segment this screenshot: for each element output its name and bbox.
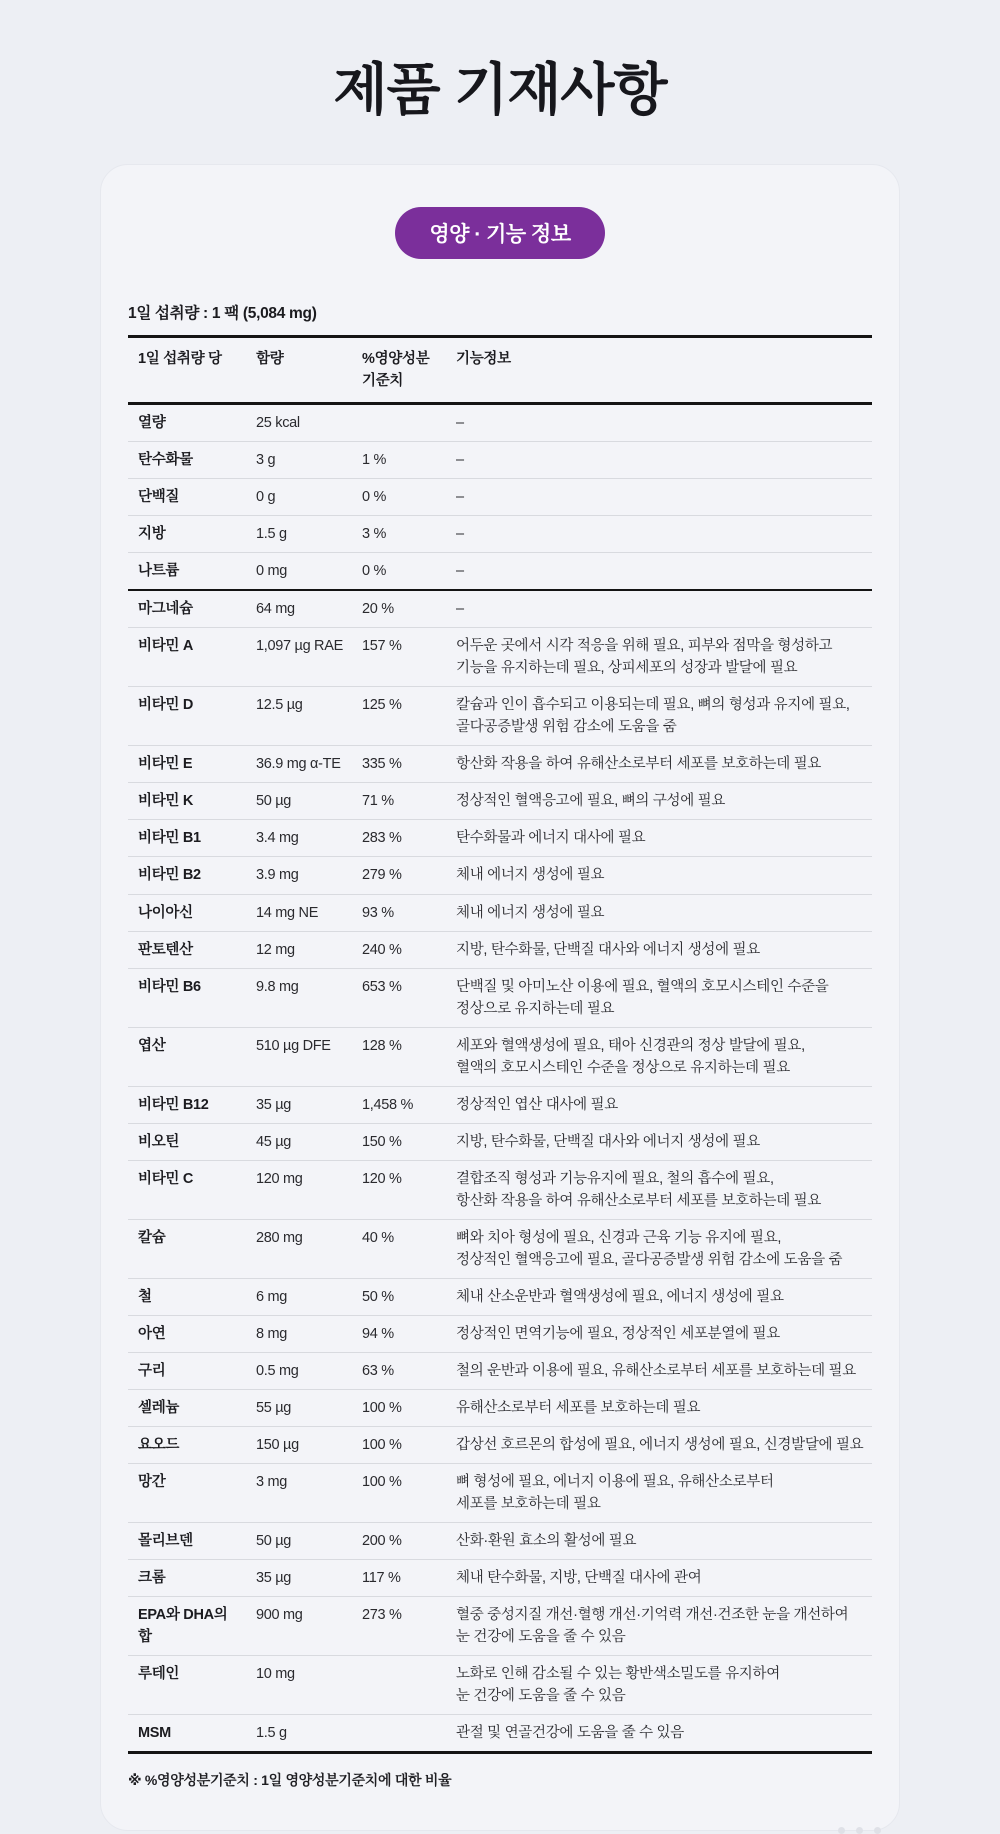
nutrient-name-cell: 구리 (128, 1353, 246, 1389)
function-info-cell: 칼슘과 인이 흡수되고 이용되는데 필요, 뼈의 형성과 유지에 필요, 골다공… (446, 687, 872, 745)
nutrition-info-card: 영양 · 기능 정보 1일 섭취량 : 1 팩 (5,084 mg) 1일 섭취… (100, 164, 900, 1831)
percent-dv-cell: 100 % (352, 1464, 446, 1500)
function-info-cell: 정상적인 혈액응고에 필요, 뼈의 구성에 필요 (446, 783, 872, 819)
nutrient-name-cell: 크롬 (128, 1560, 246, 1596)
table-row: 철6 mg50 %체내 산소운반과 혈액생성에 필요, 에너지 생성에 필요 (128, 1279, 872, 1316)
table-row: 구리0.5 mg63 %철의 운반과 이용에 필요, 유해산소로부터 세포를 보… (128, 1353, 872, 1390)
table-header-row: 1일 섭취량 당 함량 %영양성분 기준치 기능정보 (128, 338, 872, 405)
nutrient-name-cell: 비타민 B2 (128, 857, 246, 893)
amount-cell: 45 µg (246, 1124, 352, 1160)
nutrient-name-cell: 지방 (128, 516, 246, 552)
function-info-cell: 뼈 형성에 필요, 에너지 이용에 필요, 유해산소로부터 세포를 보호하는데 … (446, 1464, 872, 1522)
function-info-cell: 갑상선 호르몬의 합성에 필요, 에너지 생성에 필요, 신경발달에 필요 (446, 1427, 872, 1463)
function-info-cell: 어두운 곳에서 시각 적응을 위해 필요, 피부와 점막을 형성하고 기능을 유… (446, 628, 872, 686)
table-row: 요오드150 µg100 %갑상선 호르몬의 합성에 필요, 에너지 생성에 필… (128, 1427, 872, 1464)
nutrient-name-cell: 비타민 B1 (128, 820, 246, 856)
table-row: 엽산510 µg DFE128 %세포와 혈액생성에 필요, 태아 신경관의 정… (128, 1028, 872, 1087)
function-info-cell: – (446, 405, 872, 441)
amount-cell: 900 mg (246, 1597, 352, 1633)
function-info-cell: 체내 에너지 생성에 필요 (446, 857, 872, 893)
amount-cell: 9.8 mg (246, 969, 352, 1005)
nutrient-name-cell: 단백질 (128, 479, 246, 515)
table-row: 루테인10 mg노화로 인해 감소될 수 있는 황반색소밀도를 유지하여 눈 건… (128, 1656, 872, 1715)
nutrient-name-cell: 철 (128, 1279, 246, 1315)
table-row: 지방1.5 g3 %– (128, 516, 872, 553)
function-info-cell: 유해산소로부터 세포를 보호하는데 필요 (446, 1390, 872, 1426)
function-info-cell: – (446, 442, 872, 478)
amount-cell: 0.5 mg (246, 1353, 352, 1389)
table-row: 비타민 A1,097 µg RAE157 %어두운 곳에서 시각 적응을 위해 … (128, 628, 872, 687)
table-row: 칼슘280 mg40 %뼈와 치아 형성에 필요, 신경과 근육 기능 유지에 … (128, 1220, 872, 1279)
amount-cell: 3.9 mg (246, 857, 352, 893)
amount-cell: 3.4 mg (246, 820, 352, 856)
percent-dv-cell: 279 % (352, 857, 446, 893)
percent-dv-cell: 120 % (352, 1161, 446, 1197)
percent-dv-cell: 240 % (352, 932, 446, 968)
percent-dv-cell: 200 % (352, 1523, 446, 1559)
function-info-cell: – (446, 553, 872, 589)
amount-cell: 35 µg (246, 1087, 352, 1123)
amount-cell: 36.9 mg α-TE (246, 746, 352, 782)
nutrient-name-cell: 비타민 B6 (128, 969, 246, 1005)
function-info-cell: 정상적인 엽산 대사에 필요 (446, 1087, 872, 1123)
nutrient-name-cell: 루테인 (128, 1656, 246, 1692)
function-info-cell: 탄수화물과 에너지 대사에 필요 (446, 820, 872, 856)
header-per-intake: 1일 섭취량 당 (128, 338, 246, 380)
amount-cell: 510 µg DFE (246, 1028, 352, 1064)
percent-dv-cell: 125 % (352, 687, 446, 723)
amount-cell: 35 µg (246, 1560, 352, 1596)
table-row: 비타민 B69.8 mg653 %단백질 및 아미노산 이용에 필요, 혈액의 … (128, 969, 872, 1028)
percent-dv-cell: 50 % (352, 1279, 446, 1315)
percent-dv-cell: 283 % (352, 820, 446, 856)
amount-cell: 50 µg (246, 783, 352, 819)
table-row: 몰리브덴50 µg200 %산화·환원 효소의 활성에 필요 (128, 1523, 872, 1560)
amount-cell: 1,097 µg RAE (246, 628, 352, 664)
table-row: 탄수화물3 g1 %– (128, 442, 872, 479)
nutrient-name-cell: 판토텐산 (128, 932, 246, 968)
amount-cell: 280 mg (246, 1220, 352, 1256)
nutrient-name-cell: 비타민 B12 (128, 1087, 246, 1123)
function-info-cell: 관절 및 연골건강에 도움을 줄 수 있음 (446, 1715, 872, 1751)
nutrient-name-cell: 비오틴 (128, 1124, 246, 1160)
amount-cell: 150 µg (246, 1427, 352, 1463)
table-row: 판토텐산12 mg240 %지방, 탄수화물, 단백질 대사와 에너지 생성에 … (128, 932, 872, 969)
percent-dv-cell (352, 1656, 446, 1670)
function-info-cell: 항산화 작용을 하여 유해산소로부터 세포를 보호하는데 필요 (446, 746, 872, 782)
table-row: EPA와 DHA의 합900 mg273 %혈중 중성지질 개선·혈행 개선·기… (128, 1597, 872, 1656)
percent-dv-cell: 128 % (352, 1028, 446, 1064)
amount-cell: 25 kcal (246, 405, 352, 441)
percent-dv-cell: 157 % (352, 628, 446, 664)
table-row: 비타민 D12.5 µg125 %칼슘과 인이 흡수되고 이용되는데 필요, 뼈… (128, 687, 872, 746)
function-info-cell: 정상적인 면역기능에 필요, 정상적인 세포분열에 필요 (446, 1316, 872, 1352)
percent-dv-cell: 1,458 % (352, 1087, 446, 1123)
table-row: 비타민 B23.9 mg279 %체내 에너지 생성에 필요 (128, 857, 872, 894)
function-info-cell: 세포와 혈액생성에 필요, 태아 신경관의 정상 발달에 필요, 혈액의 호모시… (446, 1028, 872, 1086)
function-info-cell: 혈중 중성지질 개선·혈행 개선·기억력 개선·건조한 눈을 개선하여 눈 건강… (446, 1597, 872, 1655)
header-amount: 함량 (246, 338, 352, 380)
nutrient-name-cell: 아연 (128, 1316, 246, 1352)
nutrient-name-cell: 칼슘 (128, 1220, 246, 1256)
table-row: 비타민 C120 mg120 %결합조직 형성과 기능유지에 필요, 철의 흡수… (128, 1161, 872, 1220)
nutrient-name-cell: 요오드 (128, 1427, 246, 1463)
nutrient-name-cell: 몰리브덴 (128, 1523, 246, 1559)
nutrient-name-cell: 망간 (128, 1464, 246, 1500)
percent-dv-cell: 273 % (352, 1597, 446, 1633)
percent-dv-cell: 100 % (352, 1390, 446, 1426)
table-row: 크롬35 µg117 %체내 탄수화물, 지방, 단백질 대사에 관여 (128, 1560, 872, 1597)
percent-dv-cell: 0 % (352, 553, 446, 589)
table-row: MSM1.5 g관절 및 연골건강에 도움을 줄 수 있음 (128, 1715, 872, 1751)
table-row: 나이아신14 mg NE93 %체내 에너지 생성에 필요 (128, 895, 872, 932)
function-info-cell: 체내 에너지 생성에 필요 (446, 895, 872, 931)
percent-dv-cell: 1 % (352, 442, 446, 478)
function-info-cell: 체내 탄수화물, 지방, 단백질 대사에 관여 (446, 1560, 872, 1596)
function-info-cell: 체내 산소운반과 혈액생성에 필요, 에너지 생성에 필요 (446, 1279, 872, 1315)
function-info-cell: – (446, 516, 872, 552)
nutrient-name-cell: 탄수화물 (128, 442, 246, 478)
table-row: 마그네슘64 mg20 %– (128, 591, 872, 628)
nutrient-name-cell: 나이아신 (128, 895, 246, 931)
nutrition-table: 1일 섭취량 당 함량 %영양성분 기준치 기능정보 열량25 kcal–탄수화… (128, 335, 872, 1754)
function-info-cell: 산화·환원 효소의 활성에 필요 (446, 1523, 872, 1559)
amount-cell: 3 g (246, 442, 352, 478)
nutrient-name-cell: 엽산 (128, 1028, 246, 1064)
header-function-info: 기능정보 (446, 338, 872, 380)
daily-intake-line: 1일 섭취량 : 1 팩 (5,084 mg) (128, 301, 872, 323)
table-row: 비타민 B1235 µg1,458 %정상적인 엽산 대사에 필요 (128, 1087, 872, 1124)
percent-dv-cell (352, 1715, 446, 1729)
amount-cell: 1.5 g (246, 1715, 352, 1751)
amount-cell: 12 mg (246, 932, 352, 968)
amount-cell: 1.5 g (246, 516, 352, 552)
function-info-cell: 노화로 인해 감소될 수 있는 황반색소밀도를 유지하여 눈 건강에 도움을 줄… (446, 1656, 872, 1714)
header-percent-dv: %영양성분 기준치 (352, 338, 446, 402)
nutrient-name-cell: 나트륨 (128, 553, 246, 589)
nutrient-name-cell: 비타민 A (128, 628, 246, 664)
nutrient-name-cell: 비타민 D (128, 687, 246, 723)
function-info-cell: 지방, 탄수화물, 단백질 대사와 에너지 생성에 필요 (446, 932, 872, 968)
percent-dv-cell: 100 % (352, 1427, 446, 1463)
nutrient-name-cell: 비타민 C (128, 1161, 246, 1197)
percent-dv-cell: 335 % (352, 746, 446, 782)
table-row: 비오틴45 µg150 %지방, 탄수화물, 단백질 대사와 에너지 생성에 필… (128, 1124, 872, 1161)
percent-dv-cell: 150 % (352, 1124, 446, 1160)
percent-dv-cell: 71 % (352, 783, 446, 819)
function-info-cell: 철의 운반과 이용에 필요, 유해산소로부터 세포를 보호하는데 필요 (446, 1353, 872, 1389)
function-info-cell: 결합조직 형성과 기능유지에 필요, 철의 흡수에 필요, 항산화 작용을 하여… (446, 1161, 872, 1219)
function-info-cell: 단백질 및 아미노산 이용에 필요, 혈액의 호모시스테인 수준을 정상으로 유… (446, 969, 872, 1027)
function-info-cell: 뼈와 치아 형성에 필요, 신경과 근육 기능 유지에 필요, 정상적인 혈액응… (446, 1220, 872, 1278)
amount-cell: 50 µg (246, 1523, 352, 1559)
percent-dv-cell: 40 % (352, 1220, 446, 1256)
page-title: 제품 기재사항 (0, 0, 1000, 126)
amount-cell: 0 mg (246, 553, 352, 589)
table-row: 비타민 B13.4 mg283 %탄수화물과 에너지 대사에 필요 (128, 820, 872, 857)
nutrient-name-cell: 비타민 E (128, 746, 246, 782)
nutrient-name-cell: EPA와 DHA의 합 (128, 1597, 246, 1655)
amount-cell: 8 mg (246, 1316, 352, 1352)
amount-cell: 14 mg NE (246, 895, 352, 931)
percent-dv-cell: 20 % (352, 591, 446, 627)
amount-cell: 3 mg (246, 1464, 352, 1500)
table-row: 단백질0 g0 %– (128, 479, 872, 516)
nutrient-name-cell: 열량 (128, 405, 246, 441)
percent-dv-cell: 63 % (352, 1353, 446, 1389)
nutrient-name-cell: MSM (128, 1715, 246, 1751)
amount-cell: 120 mg (246, 1161, 352, 1197)
percent-dv-cell (352, 405, 446, 419)
amount-cell: 55 µg (246, 1390, 352, 1426)
table-row: 비타민 K50 µg71 %정상적인 혈액응고에 필요, 뼈의 구성에 필요 (128, 783, 872, 820)
percent-dv-cell: 93 % (352, 895, 446, 931)
table-row: 셀레늄55 µg100 %유해산소로부터 세포를 보호하는데 필요 (128, 1390, 872, 1427)
amount-cell: 12.5 µg (246, 687, 352, 723)
table-row: 아연8 mg94 %정상적인 면역기능에 필요, 정상적인 세포분열에 필요 (128, 1316, 872, 1353)
footnote: ※ %영양성분기준치 : 1일 영양성분기준치에 대한 비율 (128, 1770, 872, 1790)
amount-cell: 10 mg (246, 1656, 352, 1692)
table-row: 망간3 mg100 %뼈 형성에 필요, 에너지 이용에 필요, 유해산소로부터… (128, 1464, 872, 1523)
ellipsis-dots-icon (838, 1827, 881, 1834)
table-row: 열량25 kcal– (128, 405, 872, 442)
nutrition-function-info-badge: 영양 · 기능 정보 (395, 207, 604, 259)
percent-dv-cell: 117 % (352, 1560, 446, 1596)
amount-cell: 6 mg (246, 1279, 352, 1315)
nutrient-name-cell: 마그네슘 (128, 591, 246, 627)
amount-cell: 64 mg (246, 591, 352, 627)
function-info-cell: – (446, 591, 872, 627)
nutrient-name-cell: 비타민 K (128, 783, 246, 819)
percent-dv-cell: 3 % (352, 516, 446, 552)
function-info-cell: 지방, 탄수화물, 단백질 대사와 에너지 생성에 필요 (446, 1124, 872, 1160)
table-row: 나트륨0 mg0 %– (128, 553, 872, 591)
percent-dv-cell: 653 % (352, 969, 446, 1005)
nutrient-name-cell: 셀레늄 (128, 1390, 246, 1426)
function-info-cell: – (446, 479, 872, 515)
percent-dv-cell: 0 % (352, 479, 446, 515)
percent-dv-cell: 94 % (352, 1316, 446, 1352)
table-row: 비타민 E36.9 mg α-TE335 %항산화 작용을 하여 유해산소로부터… (128, 746, 872, 783)
table-body: 열량25 kcal–탄수화물3 g1 %–단백질0 g0 %–지방1.5 g3 … (128, 405, 872, 1751)
amount-cell: 0 g (246, 479, 352, 515)
